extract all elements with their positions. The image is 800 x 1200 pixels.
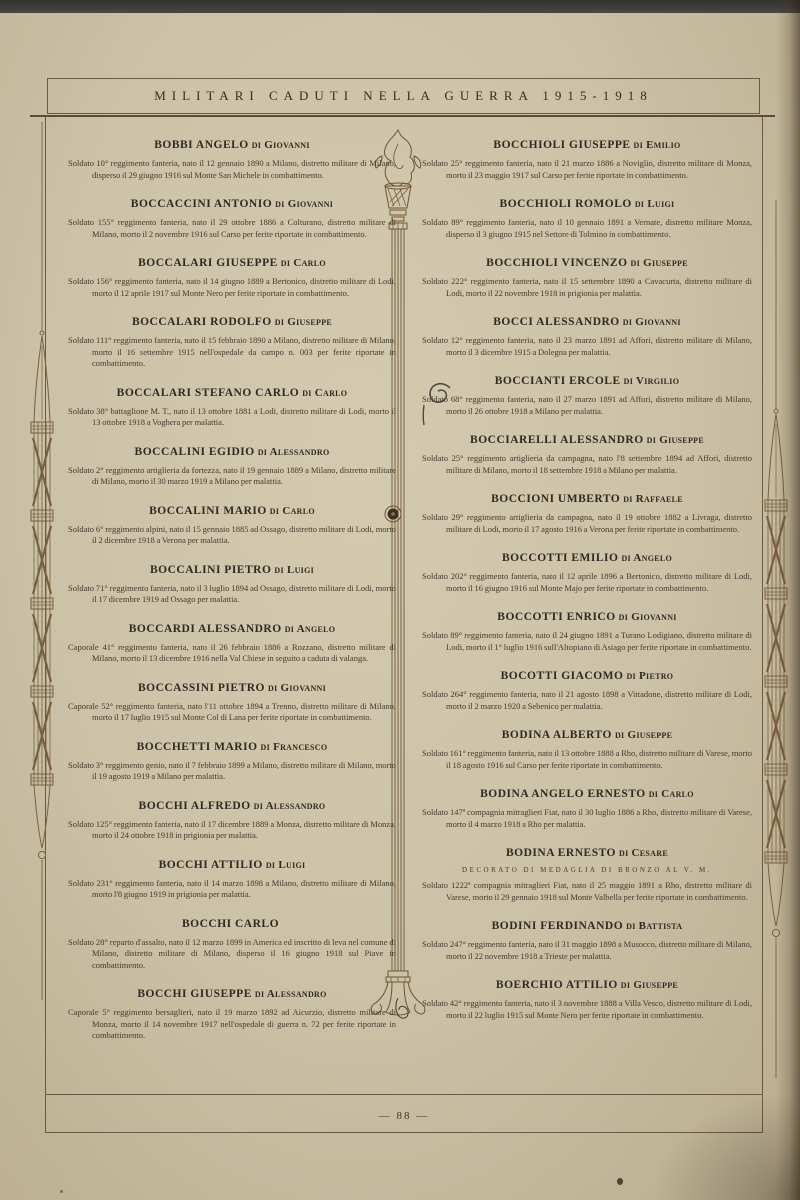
soldier-record-text: Soldato 68° reggimento fanteria, nato il… — [422, 394, 752, 417]
soldier-surname-forename: BOCCALINI MARIO — [149, 505, 267, 517]
soldier-name-heading: BOERCHIO ATTILIOdi Giuseppe — [422, 978, 752, 992]
soldier-entry: BOCCALINI EGIDIOdi Alessandro Soldato 2°… — [68, 445, 396, 488]
decoration-line: DECORATO DI MEDAGLIA DI BRONZO AL V. M. — [422, 866, 752, 874]
soldier-patronymic: di Giuseppe — [621, 979, 678, 991]
soldier-entry: BOCCHIOLI GIUSEPPEdi Emilio Soldato 25° … — [422, 138, 752, 181]
soldier-entry: BOCCALARI GIUSEPPEdi Carlo Soldato 156° … — [68, 256, 396, 299]
soldier-entry: BOCCOTTI EMILIOdi Angelo Soldato 202° re… — [422, 551, 752, 594]
page-header-band: MILITARI CADUTI NELLA GUERRA 1915-1918 — [47, 78, 760, 114]
soldier-record-text: Caporale 5° reggimento bersaglieri, nato… — [68, 1007, 396, 1042]
soldier-record-text: Soldato 161° reggimento fanteria, nato i… — [422, 748, 752, 771]
soldier-record-text: Soldato 42° reggimento fanteria, nato il… — [422, 998, 752, 1021]
soldier-patronymic: di Giovanni — [252, 139, 310, 151]
soldier-surname-forename: BOCCALINI PIETRO — [150, 564, 271, 576]
soldier-surname-forename: BOCOTTI GIACOMO — [501, 670, 624, 682]
soldier-surname-forename: BOCCIONI UMBERTO — [491, 493, 620, 505]
soldier-surname-forename: BODINA ALBERTO — [502, 729, 612, 741]
soldier-name-heading: BOCCI ALESSANDROdi Giovanni — [422, 315, 752, 329]
soldier-patronymic: di Carlo — [649, 788, 694, 800]
soldier-name-heading: BOCCHI GIUSEPPEdi Alessandro — [68, 987, 396, 1001]
soldier-surname-forename: BOCCI ALESSANDRO — [493, 316, 620, 328]
soldier-patronymic: di Giuseppe — [275, 316, 332, 328]
soldier-entry: BODINA ALBERTOdi Giuseppe Soldato 161° r… — [422, 728, 752, 771]
book-page-scan: { "document": { "title": "MILITARI CADUT… — [0, 0, 800, 1200]
soldier-entry: BOCCHI GIUSEPPEdi Alessandro Caporale 5°… — [68, 987, 396, 1042]
soldier-name-heading: BOCCARDI ALESSANDROdi Angelo — [68, 622, 396, 636]
soldier-record-text: Soldato 202° reggimento fanteria, nato i… — [422, 571, 752, 594]
soldier-name-heading: BOCCHIOLI GIUSEPPEdi Emilio — [422, 138, 752, 152]
soldier-surname-forename: BOCCHIOLI GIUSEPPE — [493, 139, 630, 151]
soldier-record-text: Soldato 125° reggimento fanteria, nato i… — [68, 819, 396, 842]
soldier-patronymic: di Virgilio — [624, 375, 680, 387]
soldier-name-heading: BOCCIARELLI ALESSANDROdi Giuseppe — [422, 433, 752, 447]
soldier-entry: BOCCI ALESSANDROdi Giovanni Soldato 12° … — [422, 315, 752, 358]
soldier-surname-forename: BOCCHI ATTILIO — [159, 859, 263, 871]
soldier-record-text: Soldato 156° reggimento fanteria, nato i… — [68, 276, 396, 299]
soldier-name-heading: BOCCACCINI ANTONIOdi Giovanni — [68, 197, 396, 211]
soldier-patronymic: di Carlo — [270, 505, 315, 517]
soldier-name-heading: BODINA ALBERTOdi Giuseppe — [422, 728, 752, 742]
page-title: MILITARI CADUTI NELLA GUERRA 1915-1918 — [154, 88, 653, 104]
footer-rule — [46, 1094, 762, 1095]
soldier-patronymic: di Giovanni — [619, 611, 677, 623]
soldier-entry: BOCCHIOLI VINCENZOdi Giuseppe Soldato 22… — [422, 256, 752, 299]
soldier-name-heading: BOCCOTTI EMILIOdi Angelo — [422, 551, 752, 565]
soldier-entry: BOCCASSINI PIETROdi Giovanni Caporale 52… — [68, 681, 396, 724]
soldier-entry: BODINA ANGELO ERNESTOdi Carlo Soldato 14… — [422, 787, 752, 830]
soldier-surname-forename: BOCCALARI RODOLFO — [132, 316, 272, 328]
soldier-patronymic: di Luigi — [274, 564, 314, 576]
soldier-entry: BOCCOTTI ENRICOdi Giovanni Soldato 89° r… — [422, 610, 752, 653]
soldier-record-text: Caporale 41° reggimento fanteria, nato i… — [68, 642, 396, 665]
soldier-name-heading: BOCCHIOLI VINCENZOdi Giuseppe — [422, 256, 752, 270]
soldier-patronymic: di Giuseppe — [647, 434, 704, 446]
soldier-surname-forename: BOCCACCINI ANTONIO — [131, 198, 272, 210]
soldier-surname-forename: BODINA ANGELO ERNESTO — [480, 788, 646, 800]
soldier-entry: BOCCHI CARLO Soldato 28° reparto d'assal… — [68, 917, 396, 972]
soldier-patronymic: di Raffaele — [623, 493, 683, 505]
soldier-patronymic: di Giovanni — [268, 682, 326, 694]
soldier-patronymic: di Giovanni — [623, 316, 681, 328]
soldier-record-text: Soldato 2° reggimento artiglieria da for… — [68, 465, 396, 488]
soldier-record-text: Soldato 247° reggimento fanteria, nato i… — [422, 939, 752, 962]
soldier-name-heading: BOCCHI ATTILIOdi Luigi — [68, 858, 396, 872]
soldier-entry: BOCCHI ALFREDOdi Alessandro Soldato 125°… — [68, 799, 396, 842]
soldier-entry: BOCCIARELLI ALESSANDROdi Giuseppe Soldat… — [422, 433, 752, 476]
soldier-record-text: Soldato 29° reggimento artiglieria da ca… — [422, 512, 752, 535]
soldier-entry: BOERCHIO ATTILIOdi Giuseppe Soldato 42° … — [422, 978, 752, 1021]
soldier-record-text: Soldato 25° reggimento artiglieria da ca… — [422, 453, 752, 476]
soldier-patronymic: di Cesare — [619, 847, 668, 859]
soldier-patronymic: di Luigi — [635, 198, 675, 210]
soldier-name-heading: BOCCIANTI ERCOLEdi Virgilio — [422, 374, 752, 388]
soldier-name-heading: BOCCHETTI MARIOdi Francesco — [68, 740, 396, 754]
soldier-patronymic: di Giuseppe — [615, 729, 672, 741]
soldier-name-heading: BOCCALARI STEFANO CARLOdi Carlo — [68, 386, 396, 400]
soldier-record-text: Soldato 89° reggimento fanteria, nato il… — [422, 630, 752, 653]
soldier-surname-forename: BOCCIANTI ERCOLE — [495, 375, 621, 387]
soldier-record-text: Soldato 12° reggimento fanteria, nato il… — [422, 335, 752, 358]
soldier-surname-forename: BOCCARDI ALESSANDRO — [129, 623, 282, 635]
soldier-surname-forename: BOBBI ANGELO — [154, 139, 249, 151]
soldier-patronymic: di Giuseppe — [631, 257, 688, 269]
soldier-name-heading: BOCCALINI MARIOdi Carlo — [68, 504, 396, 518]
soldier-entry: BODINA ERNESTOdi Cesare DECORATO DI MEDA… — [422, 846, 752, 903]
soldier-record-text: Soldato 222° reggimento fanteria, nato i… — [422, 276, 752, 299]
soldier-name-heading: BOCCALARI GIUSEPPEdi Carlo — [68, 256, 396, 270]
soldier-record-text: Soldato 1222ª compagnia mitraglieri Fiat… — [422, 880, 752, 903]
soldier-record-text: Soldato 3° reggimento genio, nato il 7 f… — [68, 760, 396, 783]
soldier-entry: BOCCIONI UMBERTOdi Raffaele Soldato 29° … — [422, 492, 752, 535]
soldier-record-text: Soldato 264° reggimento fanteria, nato i… — [422, 689, 752, 712]
right-column: BOCCHIOLI GIUSEPPEdi Emilio Soldato 25° … — [422, 138, 752, 1037]
soldier-surname-forename: BOCCHI ALFREDO — [139, 800, 251, 812]
soldier-entry: BOCCALINI MARIOdi Carlo Soldato 6° reggi… — [68, 504, 396, 547]
soldier-name-heading: BOBBI ANGELOdi Giovanni — [68, 138, 396, 152]
soldier-entry: BOCCHI ATTILIOdi Luigi Soldato 231° regg… — [68, 858, 396, 901]
soldier-surname-forename: BOCCOTTI EMILIO — [502, 552, 618, 564]
soldier-record-text: Soldato 147ª compagnia mitraglieri Fiat,… — [422, 807, 752, 830]
soldier-entry: BOCCALARI RODOLFOdi Giuseppe Soldato 111… — [68, 315, 396, 370]
soldier-record-text: Soldato 28° reparto d'assalto, nato il 1… — [68, 937, 396, 972]
soldier-record-text: Soldato 155° reggimento fanteria, nato i… — [68, 217, 396, 240]
soldier-surname-forename: BOCCHETTI MARIO — [137, 741, 258, 753]
soldier-surname-forename: BOCCIARELLI ALESSANDRO — [470, 434, 644, 446]
soldier-surname-forename: BOCCALARI STEFANO CARLO — [117, 387, 300, 399]
soldier-record-text: Soldato 6° reggimento alpini, nato il 15… — [68, 524, 396, 547]
soldier-surname-forename: BOCCALARI GIUSEPPE — [138, 257, 278, 269]
soldier-name-heading: BODINA ERNESTOdi Cesare — [422, 846, 752, 860]
ink-speck — [617, 1178, 623, 1185]
left-column: BOBBI ANGELOdi Giovanni Soldato 10° regg… — [68, 138, 396, 1058]
soldier-patronymic: di Francesco — [261, 741, 328, 753]
soldier-entry: BOCOTTI GIACOMOdi Pietro Soldato 264° re… — [422, 669, 752, 712]
soldier-patronymic: di Giovanni — [275, 198, 333, 210]
soldier-entry: BODINI FERDINANDOdi Battista Soldato 247… — [422, 919, 752, 962]
soldier-surname-forename: BOCCHI GIUSEPPE — [137, 988, 252, 1000]
soldier-name-heading: BOCCHI ALFREDOdi Alessandro — [68, 799, 396, 813]
soldier-record-text: Soldato 111° reggimento fanteria, nato i… — [68, 335, 396, 370]
soldier-surname-forename: BOCCASSINI PIETRO — [138, 682, 265, 694]
page-number: — 88 — — [46, 1110, 762, 1122]
soldier-surname-forename: BOCCHI CARLO — [182, 918, 279, 930]
soldier-patronymic: di Luigi — [266, 859, 306, 871]
soldier-record-text: Soldato 71° reggimento fanteria, nato il… — [68, 583, 396, 606]
soldier-record-text: Soldato 10° reggimento fanteria, nato il… — [68, 158, 396, 181]
ink-speck — [60, 1190, 63, 1193]
soldier-name-heading: BOCCALARI RODOLFOdi Giuseppe — [68, 315, 396, 329]
soldier-entry: BOCCALARI STEFANO CARLOdi Carlo Soldato … — [68, 386, 396, 429]
soldier-entry: BOCCHIOLI ROMOLOdi Luigi Soldato 89° reg… — [422, 197, 752, 240]
soldier-entry: BOBBI ANGELOdi Giovanni Soldato 10° regg… — [68, 138, 396, 181]
soldier-record-text: Soldato 231° reggimento fanteria, nato i… — [68, 878, 396, 901]
soldier-patronymic: di Emilio — [634, 139, 681, 151]
soldier-surname-forename: BOERCHIO ATTILIO — [496, 979, 618, 991]
soldier-patronymic: di Alessandro — [255, 988, 327, 1000]
soldier-surname-forename: BOCCHIOLI VINCENZO — [486, 257, 627, 269]
soldier-entry: BOCCHETTI MARIOdi Francesco Soldato 3° r… — [68, 740, 396, 783]
soldier-name-heading: BOCCASSINI PIETROdi Giovanni — [68, 681, 396, 695]
soldier-record-text: Soldato 38° battaglione M. T., nato il 1… — [68, 406, 396, 429]
soldier-name-heading: BOCCOTTI ENRICOdi Giovanni — [422, 610, 752, 624]
soldier-patronymic: di Carlo — [281, 257, 326, 269]
soldier-patronymic: di Alessandro — [254, 800, 326, 812]
soldier-name-heading: BOCCALINI PIETROdi Luigi — [68, 563, 396, 577]
soldier-surname-forename: BOCCOTTI ENRICO — [497, 611, 615, 623]
soldier-entry: BOCCARDI ALESSANDROdi Angelo Caporale 41… — [68, 622, 396, 665]
soldier-name-heading: BOCCALINI EGIDIOdi Alessandro — [68, 445, 396, 459]
soldier-patronymic: di Carlo — [302, 387, 347, 399]
soldier-entry: BOCCIANTI ERCOLEdi Virgilio Soldato 68° … — [422, 374, 752, 417]
soldier-name-heading: BOCCHIOLI ROMOLOdi Luigi — [422, 197, 752, 211]
soldier-name-heading: BOCCHI CARLO — [68, 917, 396, 931]
fasces-border-ornament-left — [2, 122, 72, 1022]
soldier-name-heading: BODINI FERDINANDOdi Battista — [422, 919, 752, 933]
soldier-patronymic: di Pietro — [626, 670, 673, 682]
soldier-entry: BOCCACCINI ANTONIOdi Giovanni Soldato 15… — [68, 197, 396, 240]
soldier-entry: BOCCALINI PIETROdi Luigi Soldato 71° reg… — [68, 563, 396, 606]
soldier-name-heading: BOCCIONI UMBERTOdi Raffaele — [422, 492, 752, 506]
soldier-surname-forename: BOCCALINI EGIDIO — [135, 446, 255, 458]
soldier-patronymic: di Angelo — [285, 623, 336, 635]
soldier-patronymic: di Alessandro — [258, 446, 330, 458]
soldier-surname-forename: BOCCHIOLI ROMOLO — [500, 198, 632, 210]
soldier-record-text: Soldato 25° reggimento fanteria, nato il… — [422, 158, 752, 181]
soldier-surname-forename: BODINA ERNESTO — [506, 847, 616, 859]
soldier-surname-forename: BODINI FERDINANDO — [492, 920, 624, 932]
soldier-name-heading: BODINA ANGELO ERNESTOdi Carlo — [422, 787, 752, 801]
soldier-patronymic: di Angelo — [621, 552, 672, 564]
soldier-name-heading: BOCOTTI GIACOMOdi Pietro — [422, 669, 752, 683]
soldier-patronymic: di Battista — [626, 920, 682, 932]
photo-top-edge — [0, 0, 800, 13]
soldier-record-text: Caporale 52° reggimento fanteria, nato l… — [68, 701, 396, 724]
soldier-record-text: Soldato 89° reggimento fanteria, nato il… — [422, 217, 752, 240]
